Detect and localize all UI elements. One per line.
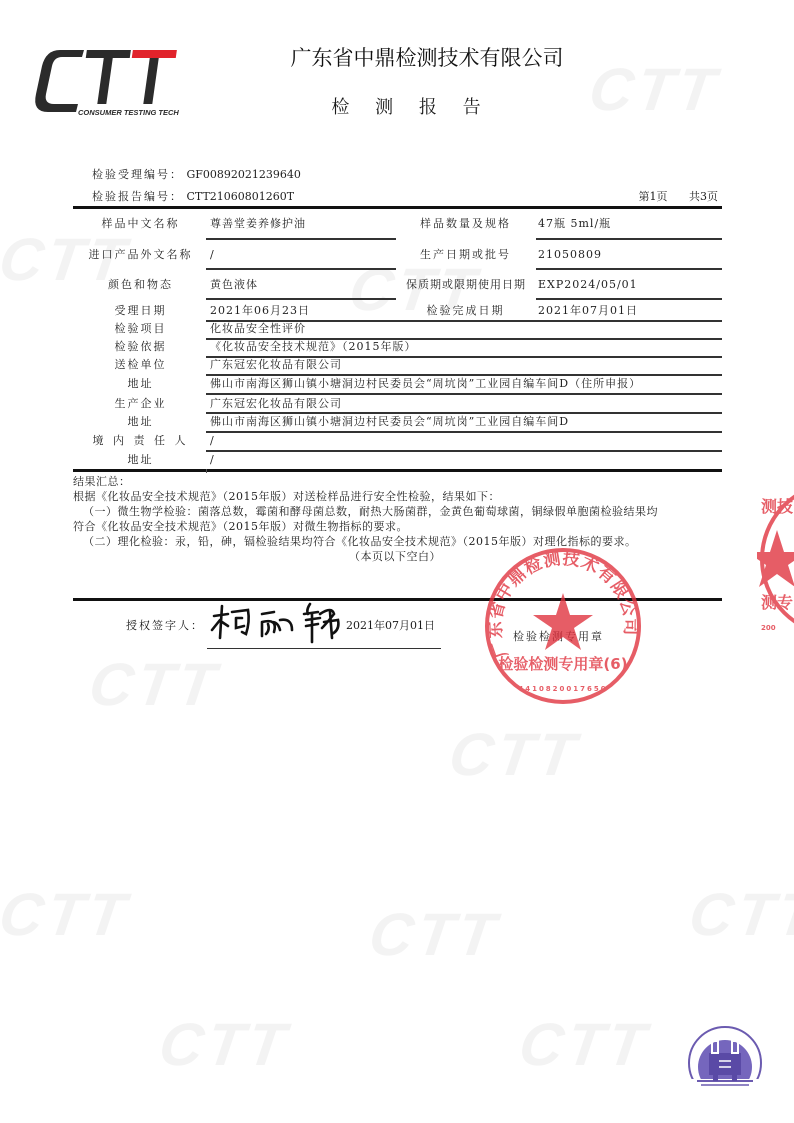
page-total: 共3页 [689, 190, 718, 203]
report-title: 检 测 报 告 [0, 93, 794, 119]
watermark: CTT [515, 1010, 653, 1079]
underline [536, 298, 722, 300]
page-current: 第1页 [639, 190, 668, 203]
value-test-basis: 《化妆品安全技术规范》（2015年版） [210, 339, 417, 355]
acceptance-number-label: 检验受理编号： [92, 168, 183, 181]
value-foreign-name: / [210, 247, 215, 263]
underline [206, 298, 396, 300]
label-domestic-responsible: 境 内 责 任 人 [73, 433, 208, 449]
watermark: CTT [85, 650, 223, 719]
value-manufacturer: 广东冠宏化妆品有限公司 [210, 396, 342, 412]
label-completion-date: 检验完成日期 [398, 303, 533, 319]
underline [206, 450, 722, 452]
underline [536, 268, 722, 270]
label-sample-quantity: 样品数量及规格 [398, 216, 533, 232]
label-test-basis: 检验依据 [73, 339, 208, 355]
summary-line: 根据《化妆品安全技术规范》（2015年版）对送检样品进行安全性检验，结果如下： [73, 489, 733, 504]
watermark: CTT [0, 880, 133, 949]
report-number: CTT21060801260T [187, 190, 295, 203]
label-submitter-address: 地址 [73, 376, 208, 392]
svg-text:200: 200 [761, 624, 776, 632]
label-sample-name: 样品中文名称 [73, 216, 208, 232]
label-submitter: 送检单位 [73, 357, 208, 373]
summary-line: 符合《化妆品安全技术规范》（2015年版）对微生物指标的要求。 [73, 519, 733, 534]
watermark: CTT [445, 720, 583, 789]
label-expiry: 保质期或限期使用日期 [396, 277, 536, 293]
summary-heading: 结果汇总： [73, 474, 733, 489]
certification-badge-icon [685, 1023, 765, 1103]
acceptance-number-line: 检验受理编号： GF00892021239640 [92, 166, 301, 182]
value-expiry: EXP2024/05/01 [538, 277, 638, 293]
value-acceptance-date: 2021年06月23日 [210, 303, 310, 319]
underline [206, 268, 396, 270]
svg-text:检验检测专用章(6): 检验检测专用章(6) [498, 655, 627, 673]
label-manufacturer-address: 地址 [73, 414, 208, 430]
underline [536, 238, 722, 240]
svg-text:4410820017650: 4410820017650 [518, 685, 607, 693]
signatory-label: 授权签字人： [126, 617, 204, 633]
company-name: 广东省中鼎检测技术有限公司 [0, 42, 794, 72]
page-indicator: 第1页 共3页 [621, 188, 719, 204]
label-test-item: 检验项目 [73, 321, 208, 337]
table-bottom-border [73, 469, 722, 472]
watermark: CTT [365, 900, 503, 969]
report-number-label: 检验报告编号： [92, 190, 183, 203]
svg-text:测专: 测专 [761, 593, 793, 612]
divider [206, 469, 207, 473]
value-domestic-responsible: / [210, 433, 215, 449]
signature-date: 2021年07月01日 [346, 617, 435, 633]
underline [206, 431, 722, 433]
label-acceptance-date: 受理日期 [73, 303, 208, 319]
value-sample-quantity: 47瓶 5ml/瓶 [538, 216, 611, 232]
value-submitter: 广东冠宏化妆品有限公司 [210, 357, 342, 373]
value-color-state: 黄色液体 [210, 277, 258, 293]
value-batch-number: 21050809 [538, 247, 602, 263]
partial-seal-edge: 测技 测专 200 [757, 478, 794, 640]
official-seal: 广东省中鼎检测技术有限公司 检验检测专用章(6) 4410820017650 [482, 545, 644, 707]
value-submitter-address: 佛山市南海区狮山镇小塘洞边村民委员会“周坑岗”工业园自编车间D（住所申报） [210, 376, 641, 392]
report-number-line: 检验报告编号： CTT21060801260T [92, 188, 294, 204]
table-top-border [73, 206, 722, 209]
label-manufacturer: 生产企业 [73, 396, 208, 412]
label-batch-number: 生产日期或批号 [398, 247, 533, 263]
acceptance-number: GF00892021239640 [187, 168, 301, 181]
value-sample-name: 尊善堂姜养修护油 [210, 216, 306, 232]
summary-line: （一）微生物学检验：菌落总数，霉菌和酵母菌总数，耐热大肠菌群，金黄色葡萄球菌，铜… [73, 504, 733, 519]
value-test-item: 化妆品安全性评价 [210, 321, 306, 337]
label-color-state: 颜色和物态 [73, 277, 208, 293]
watermark: CTT [155, 1010, 293, 1079]
value-manufacturer-address: 佛山市南海区狮山镇小塘洞边村民委员会“周坑岗”工业园自编车间D [210, 414, 569, 430]
label-foreign-name: 进口产品外文名称 [73, 247, 208, 263]
label-responsible-address: 地址 [73, 452, 208, 468]
watermark: CTT [685, 880, 794, 949]
value-completion-date: 2021年07月01日 [538, 303, 638, 319]
underline [206, 238, 396, 240]
signature-underline [207, 648, 441, 649]
value-responsible-address: / [210, 452, 215, 468]
handwritten-signature [208, 600, 346, 644]
underline [206, 393, 722, 395]
svg-text:测技: 测技 [761, 497, 793, 516]
